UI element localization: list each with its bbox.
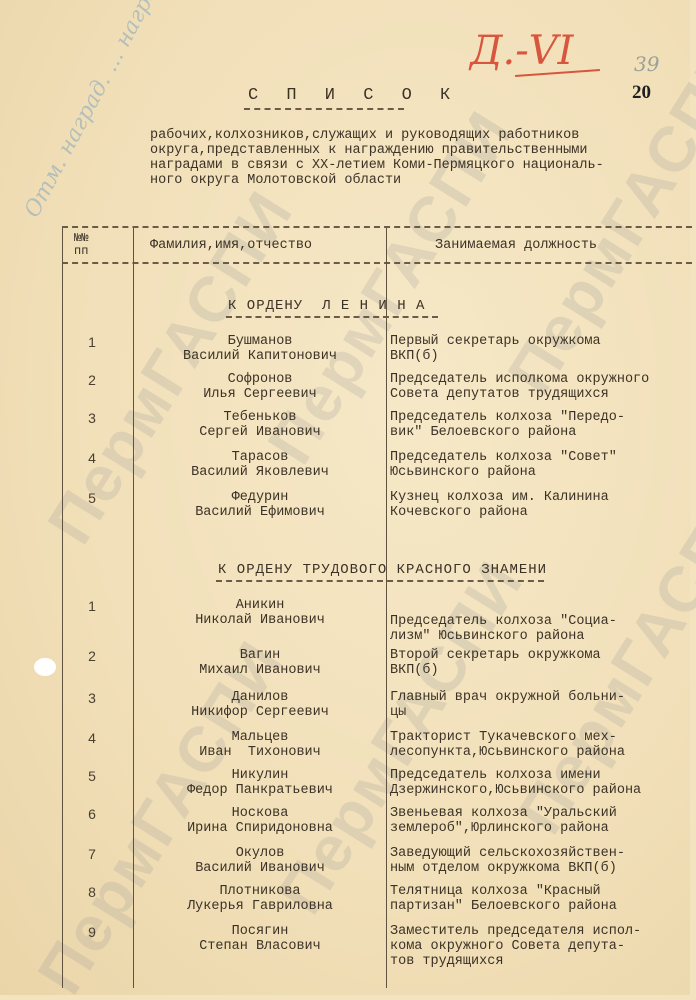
person-position: Председатель колхоза "Социа- лизм" Юсьви… [390,614,690,644]
person-position: Заместитель председателя испол- кома окр… [390,924,690,969]
row-number: 1 [72,598,112,614]
person-name: Вагин Михаил Иванович [138,648,382,678]
crossed-page-number: 39 [634,52,659,76]
left-margin-line [62,228,63,988]
section-title-order-of-lenin: К ОРДЕНУ Л Е Н И Н А [228,298,425,314]
section-underline [216,580,544,582]
section-underline [226,316,438,318]
person-position: Звеньевая колхоза "Уральский землероб",Ю… [390,806,690,836]
page-number: 20 [632,82,651,104]
person-name: Данилов Никифор Сергеевич [138,690,382,720]
document-title: С П И С О К [248,86,459,105]
person-position: Второй секретарь окружкома ВКП(б) [390,648,690,678]
document-intro: рабочих,колхозников,служащих и руководящ… [150,128,680,188]
header-position: Занимаемая должность [435,238,597,253]
person-name: Плотникова Лукерья Гавриловна [138,884,382,914]
punch-hole [34,658,56,676]
section-title-order-of-red-banner: К ОРДЕНУ ТРУДОВОГО КРАСНОГО ЗНАМЕНИ [218,562,547,578]
row-number: 4 [72,450,112,466]
row-number: 4 [72,730,112,746]
pencil-note: Отм. наград. ... награждению [20,0,211,222]
person-position: Председатель исполкома окружного Совета … [390,372,690,402]
person-name: Мальцев Иван Тихонович [138,730,382,760]
row-number: 2 [72,372,112,388]
row-number: 3 [72,690,112,706]
red-handwritten-mark: Д.-VI [470,28,573,74]
row-number: 1 [72,334,112,350]
person-position: Председатель колхоза "Передо- вик" Белое… [390,410,690,440]
title-underline [244,108,404,110]
table-header-rule [62,262,692,264]
column-divider-name [386,228,387,988]
person-name: Федурин Василий Ефимович [138,490,382,520]
person-position: Первый секретарь окружкома ВКП(б) [390,334,690,364]
person-position: Заведующий сельскохозяйствен- ным отдело… [390,846,690,876]
row-number: 7 [72,846,112,862]
column-divider-num [133,228,134,988]
person-position: Председатель колхоза "Совет" Юсьвинского… [390,450,690,480]
table-top-rule [62,226,692,228]
row-number: 3 [72,410,112,426]
person-position: Кузнец колхоза им. Калинина Кочевского р… [390,490,690,520]
person-position: Председатель колхоза имени Дзержинского,… [390,768,690,798]
row-number: 5 [72,768,112,784]
header-name: Фамилия,имя,отчество [150,238,312,253]
row-number: 9 [72,924,112,940]
person-name: Окулов Василий Иванович [138,846,382,876]
row-number: 6 [72,806,112,822]
person-name: Носкова Ирина Спиридоновна [138,806,382,836]
row-number: 8 [72,884,112,900]
person-position: Телятница колхоза "Красный партизан" Бел… [390,884,690,914]
row-number: 5 [72,490,112,506]
document-page: ПермГАСПИ ПермГАСПИ ПермГАСПИ ПермГАСПИ … [0,0,690,995]
header-num: №№ пп [74,232,88,258]
person-name: Никулин Федор Панкратьевич [138,768,382,798]
row-number: 2 [72,648,112,664]
person-name: Софронов Илья Сергеевич [138,372,382,402]
person-name: Аникин Николай Иванович [138,598,382,628]
person-name: Тебеньков Сергей Иванович [138,410,382,440]
person-name: Бушманов Василий Капитонович [138,334,382,364]
person-position: Тракторист Тукачевского мех- лесопункта,… [390,730,690,760]
person-position: Главный врач окружной больни- цы [390,690,690,720]
person-name: Тарасов Василий Яковлевич [138,450,382,480]
person-name: Посягин Степан Власович [138,924,382,954]
